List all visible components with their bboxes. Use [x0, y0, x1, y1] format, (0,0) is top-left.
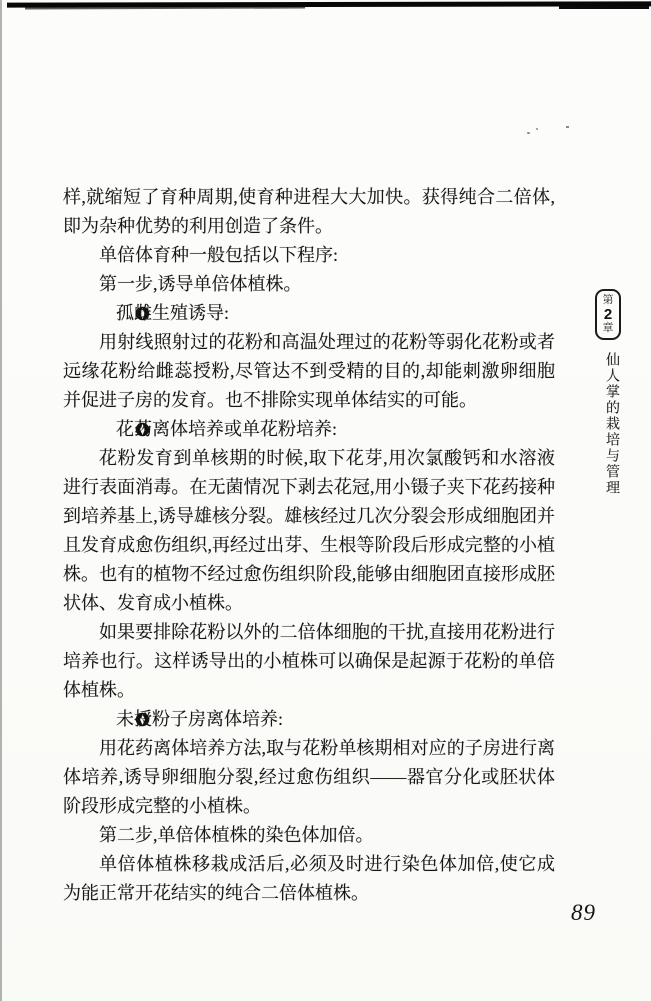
- bullet-paragraph-text: 花药离体培养或单花粉培养:: [116, 419, 337, 439]
- page-number: 89: [571, 900, 596, 926]
- paragraph: 单倍体植株移栽成活后,必须及时进行染色体加倍,使它成为能正常开花结实的纯合二倍体…: [63, 850, 555, 908]
- chapter-title-vertical: 仙人掌的栽培与管理: [601, 352, 621, 496]
- chapter-badge: 第 2 章: [595, 289, 621, 340]
- bullet-paragraph: 花药离体培养或单花粉培养:: [63, 415, 555, 444]
- scan-speck: [527, 132, 530, 134]
- paragraph: 如果要排除花粉以外的二倍体细胞的干扰,直接用花粉进行培养也行。这样诱导出的小植株…: [63, 618, 555, 705]
- scan-edge-artifact-top-right: [559, 6, 649, 9]
- paragraph-text: 样,就缩短了育种周期,使育种进程大大加快。获得纯合二倍体,即为杂种优势的利用创造…: [63, 187, 555, 236]
- scan-edge-artifact-top-secondary: [25, 7, 305, 10]
- bullet-icon: [99, 417, 114, 432]
- paragraph: 第一步,诱导单倍体植株。: [63, 270, 555, 299]
- paragraph: 单倍体育种一般包括以下程序:: [63, 241, 555, 270]
- paragraph: 用射线照射过的花粉和高温处理过的花粉等弱化花粉或者远缘花粉给雌蕊授粉,尽管达不到…: [63, 328, 555, 415]
- paragraph: 第二步,单倍体植株的染色体加倍。: [63, 821, 555, 850]
- chapter-badge-suffix: 章: [603, 322, 614, 335]
- paragraph-text: 如果要排除花粉以外的二倍体细胞的干扰,直接用花粉进行培养也行。这样诱导出的小植株…: [63, 622, 555, 700]
- paragraph: 花粉发育到单核期的时候,取下花芽,用次氯酸钙和水溶液进行表面消毒。在无菌情况下剥…: [63, 444, 555, 618]
- bullet-paragraph: 未授粉子房离体培养:: [63, 705, 555, 734]
- bullet-paragraph: 孤雌生殖诱导:: [63, 299, 555, 328]
- scanned-book-page: 样,就缩短了育种周期,使育种进程大大加快。获得纯合二倍体,即为杂种优势的利用创造…: [0, 0, 651, 1001]
- paragraph-text: 单倍体育种一般包括以下程序:: [99, 245, 338, 265]
- bullet-icon: [99, 301, 114, 316]
- paragraph-text: 第一步,诱导单倍体植株。: [99, 274, 302, 294]
- chapter-badge-number: 2: [604, 307, 612, 322]
- paragraph-text: 用花药离体培养方法,取与花粉单核期相对应的子房进行离体培养,诱导卵细胞分裂,经过…: [63, 738, 555, 816]
- scan-speck: [566, 126, 569, 128]
- scan-edge-artifact-left: [0, 0, 2, 1001]
- paragraph-text: 用射线照射过的花粉和高温处理过的花粉等弱化花粉或者远缘花粉给雌蕊授粉,尽管达不到…: [63, 332, 555, 410]
- paragraph-text: 花粉发育到单核期的时候,取下花芽,用次氯酸钙和水溶液进行表面消毒。在无菌情况下剥…: [63, 448, 555, 613]
- scan-speck: [536, 128, 538, 130]
- paragraph-text: 单倍体植株移栽成活后,必须及时进行染色体加倍,使它成为能正常开花结实的纯合二倍体…: [63, 854, 555, 903]
- bullet-paragraph-text: 孤雌生殖诱导:: [116, 303, 229, 323]
- body-text-block: 样,就缩短了育种周期,使育种进程大大加快。获得纯合二倍体,即为杂种优势的利用创造…: [63, 183, 555, 908]
- bullet-paragraph-text: 未授粉子房离体培养:: [116, 709, 283, 729]
- bullet-icon: [99, 707, 114, 722]
- paragraph-text: 第二步,单倍体植株的染色体加倍。: [99, 825, 374, 845]
- paragraph: 样,就缩短了育种周期,使育种进程大大加快。获得纯合二倍体,即为杂种优势的利用创造…: [63, 183, 555, 241]
- paragraph: 用花药离体培养方法,取与花粉单核期相对应的子房进行离体培养,诱导卵细胞分裂,经过…: [63, 734, 555, 821]
